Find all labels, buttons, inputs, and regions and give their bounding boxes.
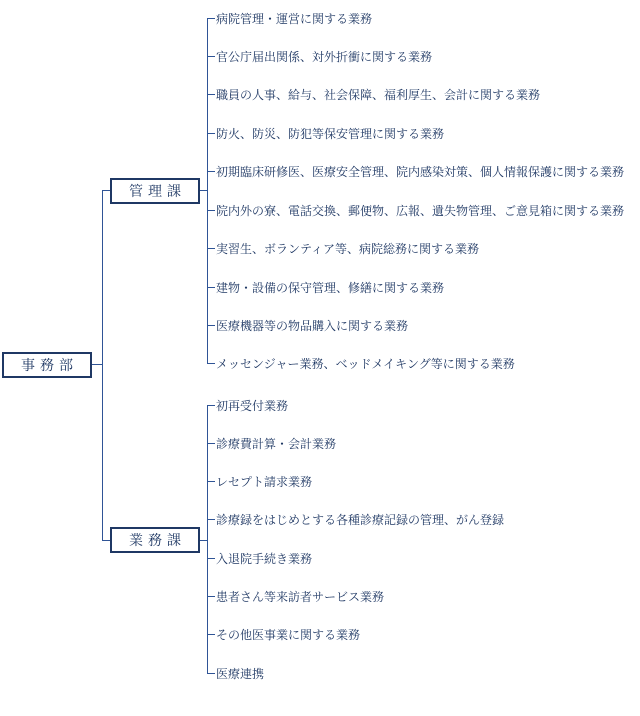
connector-dept-horizontal (92, 364, 102, 365)
task-item: 初再受付業務 (207, 397, 288, 413)
task-label: 患者さん等来訪者サービス業務 (216, 588, 384, 605)
connector-spine-vertical (102, 190, 103, 541)
task-item: 医療連携 (207, 665, 264, 681)
connector-kanrika-in (102, 190, 110, 191)
dept-label: 事務部 (21, 355, 78, 375)
task-item: レセプト請求業務 (207, 474, 312, 490)
task-label: レセプト請求業務 (216, 473, 312, 490)
section-label: 管理課 (129, 181, 186, 201)
connector-gyomuka-out (200, 540, 207, 541)
connector-gyomuka-in (102, 540, 110, 541)
task-item: 診療録をはじめとする各種診療記録の管理、がん登録 (207, 512, 504, 528)
task-label: 診療費計算・会計業務 (216, 435, 336, 452)
section-box-gyomuka: 業務課 (110, 527, 200, 553)
task-label: 診療録をはじめとする各種診療記録の管理、がん登録 (216, 511, 504, 528)
task-item: 診療費計算・会計業務 (207, 435, 336, 451)
org-chart: 事務部 管理課 業務課 病院管理・運営に関する業務官公庁届出関係、対外折衝に関す… (0, 0, 640, 716)
gyomuka-task-list: 初再受付業務診療費計算・会計業務レセプト請求業務診療録をはじめとする各種診療記録… (207, 0, 637, 716)
task-label: 入退院手続き業務 (216, 550, 312, 567)
task-label: 医療連携 (216, 665, 264, 682)
dept-box-jimubu: 事務部 (2, 352, 92, 378)
task-item: 入退院手続き業務 (207, 550, 312, 566)
connector-kanrika-out (200, 190, 207, 191)
task-label: その他医事業に関する業務 (216, 626, 360, 643)
section-box-kanrika: 管理課 (110, 178, 200, 204)
task-item: その他医事業に関する業務 (207, 627, 360, 643)
section-label: 業務課 (129, 530, 186, 550)
task-label: 初再受付業務 (216, 397, 288, 414)
task-item: 患者さん等来訪者サービス業務 (207, 588, 384, 604)
